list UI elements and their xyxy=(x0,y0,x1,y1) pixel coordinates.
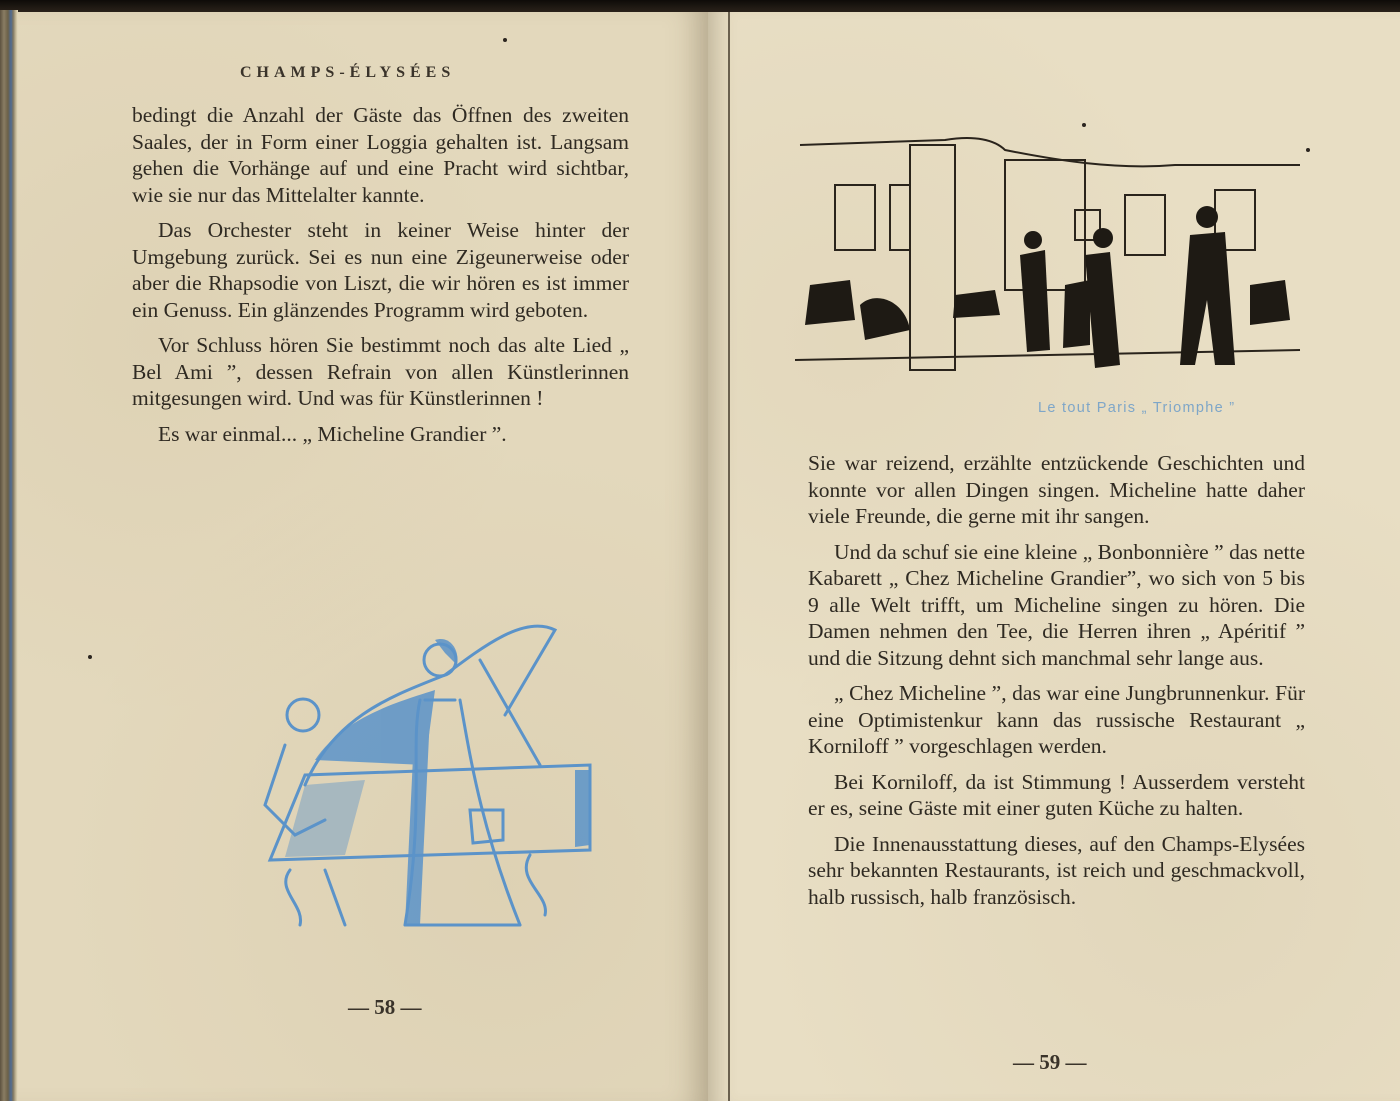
right-page-text: Sie war reizend, erzählte entzückende Ge… xyxy=(808,450,1305,919)
paragraph: Das Orchester steht in keiner Weise hint… xyxy=(132,217,629,323)
left-page-text: bedingt die Anzahl der Gäste das Öffnen … xyxy=(132,102,629,456)
page-number: — 58 — xyxy=(348,995,422,1020)
paragraph: Vor Schluss hören Sie bestimmt noch das … xyxy=(132,332,629,412)
page-number: — 59 — xyxy=(1013,1050,1087,1075)
restaurant-interior-illustration xyxy=(795,120,1305,375)
running-head: CHAMPS-ÉLYSÉES xyxy=(240,64,455,82)
paper-speck xyxy=(1082,123,1086,127)
paragraph: Und da schuf sie eine kleine „ Bonbonniè… xyxy=(808,539,1305,672)
piano-singer-illustration xyxy=(245,605,595,935)
paragraph: Bei Korniloff, da ist Stimmung ! Ausserd… xyxy=(808,769,1305,822)
paper-speck xyxy=(1306,148,1310,152)
paper-speck xyxy=(88,655,92,659)
book-page-edges xyxy=(0,10,18,1101)
book-gutter xyxy=(728,12,730,1101)
paragraph: „ Chez Micheline ”, das war eine Jungbru… xyxy=(808,680,1305,760)
paragraph: Die Innenausstattung dieses, auf den Cha… xyxy=(808,831,1305,911)
paragraph: Es war einmal... „ Micheline Grandier ”. xyxy=(132,421,629,448)
paragraph: bedingt die Anzahl der Gäste das Öffnen … xyxy=(132,102,629,208)
paragraph: Sie war reizend, erzählte entzückende Ge… xyxy=(808,450,1305,530)
illustration-caption: Le tout Paris „ Triomphe ” xyxy=(1038,400,1235,416)
paper-speck xyxy=(503,38,507,42)
book-top-edge xyxy=(0,0,1400,12)
